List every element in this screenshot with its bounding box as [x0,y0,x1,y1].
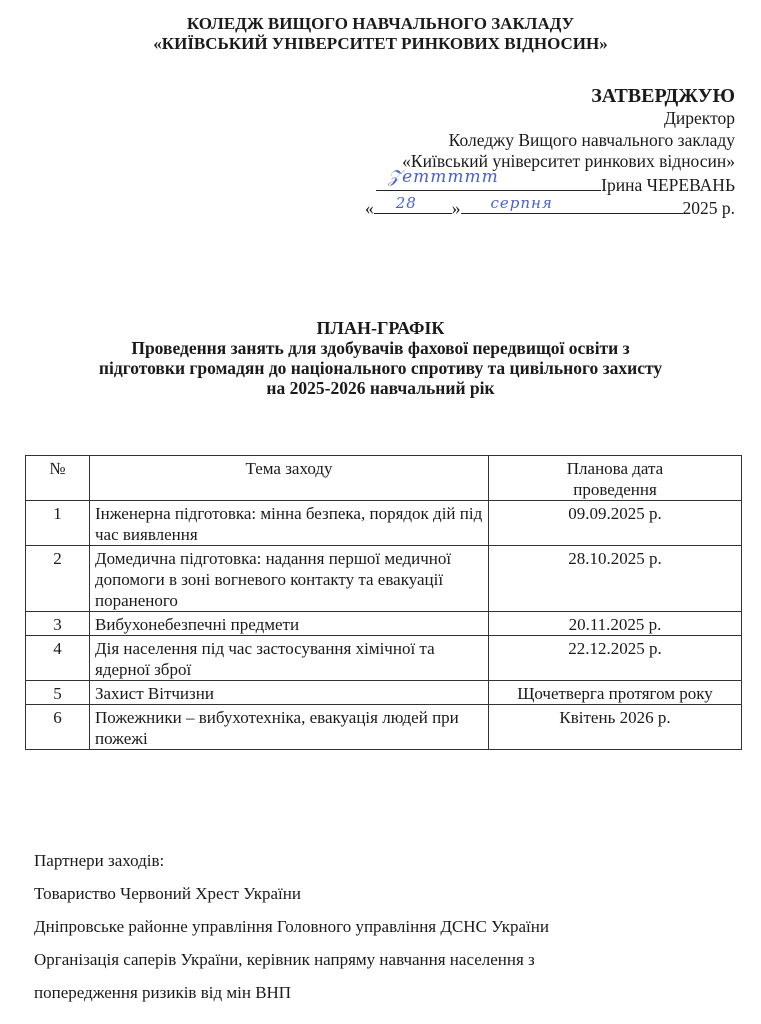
table-row: 1Інженерна підготовка: мінна безпека, по… [26,501,742,546]
partner-item: Організація саперів України, керівник на… [34,943,549,976]
schedule-table: № Тема заходу Планова дата проведення 1І… [25,455,742,750]
column-header-date: Планова дата проведення [489,456,742,501]
handwritten-month: серпня [491,193,553,215]
date-close-quote: » [452,198,461,218]
cell-date: 09.09.2025 р. [489,501,742,546]
table-header-row: № Тема заходу Планова дата проведення [26,456,742,501]
table-row: 5Захист ВітчизниЩочетверга протягом року [26,681,742,705]
date-open-quote: « [365,198,374,218]
approval-block: ЗАТВЕРДЖУЮ Директор Коледжу Вищого навча… [365,84,735,220]
approval-position: Директор [365,108,735,130]
institution-header-line1: КОЛЕДЖ ВИЩОГО НАВЧАЛЬНОГО ЗАКЛАДУ [0,14,761,34]
cell-date: Щочетверга протягом року [489,681,742,705]
cell-date: Квітень 2026 р. [489,705,742,750]
cell-date-text: 28.10.2025 р. [513,548,718,569]
partner-item: попередження ризиків від мін ВНП [34,976,549,1009]
partner-item: Товариство Червоний Хрест України [34,877,549,910]
cell-date-text: 22.12.2025 р. [513,638,718,659]
cell-date-text: 20.11.2025 р. [513,614,718,635]
table-row: 6Пожежники – вибухотехніка, евакуація лю… [26,705,742,750]
document-subtitle-line3: на 2025-2026 навчальний рік [0,378,761,398]
cell-number: 2 [26,546,90,612]
cell-date-text: 09.09.2025 р. [513,503,718,524]
cell-date: 22.12.2025 р. [489,636,742,681]
date-year: 2025 р. [683,198,736,218]
cell-topic: Захист Вітчизни [90,681,489,705]
cell-number: 6 [26,705,90,750]
table-body: 1Інженерна підготовка: мінна безпека, по… [26,501,742,750]
document-title: ПЛАН-ГРАФІК [0,318,761,338]
cell-date-text: Квітень 2026 р. [513,707,718,728]
approval-title: ЗАТВЕРДЖУЮ [365,84,735,108]
cell-date: 28.10.2025 р. [489,546,742,612]
institution-header-line2: «КИЇВСЬКИЙ УНІВЕРСИТЕТ РИНКОВИХ ВІДНОСИН… [0,34,761,54]
partners-heading: Партнери заходів: [34,844,549,877]
cell-number: 3 [26,612,90,636]
cell-date: 20.11.2025 р. [489,612,742,636]
cell-topic: Домедична підготовка: надання першої мед… [90,546,489,612]
approval-institution-line1: Коледжу Вищого навчального закладу [365,130,735,152]
partners-section: Партнери заходів: Товариство Червоний Хр… [34,844,549,1009]
handwritten-day: 28 [396,193,417,215]
signature-blank: 𝒵𝑒𝑚𝑚𝑚𝑚𝑚 [376,173,601,191]
cell-number: 4 [26,636,90,681]
table-row: 3Вибухонебезпечні предмети20.11.2025 р. [26,612,742,636]
column-header-number: № [26,456,90,501]
date-day-blank: 28 [374,196,452,214]
cell-date-text: Щочетверга протягом року [513,683,718,704]
document-title-block: ПЛАН-ГРАФІК Проведення занять для здобув… [0,318,761,398]
cell-number: 5 [26,681,90,705]
cell-topic: Пожежники – вибухотехніка, евакуація люд… [90,705,489,750]
handwritten-signature: 𝒵𝑒𝑚𝑚𝑚𝑚𝑚 [388,167,499,189]
cell-number: 1 [26,501,90,546]
table-row: 4Дія населення під час застосування хімі… [26,636,742,681]
partner-item: Дніпровське районне управління Головного… [34,910,549,943]
table-row: 2Домедична підготовка: надання першої ме… [26,546,742,612]
document-subtitle-line1: Проведення занять для здобувачів фахової… [0,338,761,358]
cell-topic: Вибухонебезпечні предмети [90,612,489,636]
document-subtitle-line2: підготовки громадян до національного спр… [0,358,761,378]
column-header-topic: Тема заходу [90,456,489,501]
column-header-date-text: Планова дата проведення [540,458,690,500]
signatory-name: Ірина ЧЕРЕВАНЬ [601,175,735,195]
cell-topic: Дія населення під час застосування хіміч… [90,636,489,681]
approval-date-line: « 28 » серпня 2025 р. [365,196,735,220]
date-month-blank: серпня [461,196,683,214]
institution-header: КОЛЕДЖ ВИЩОГО НАВЧАЛЬНОГО ЗАКЛАДУ «КИЇВС… [0,14,761,54]
cell-topic: Інженерна підготовка: мінна безпека, пор… [90,501,489,546]
